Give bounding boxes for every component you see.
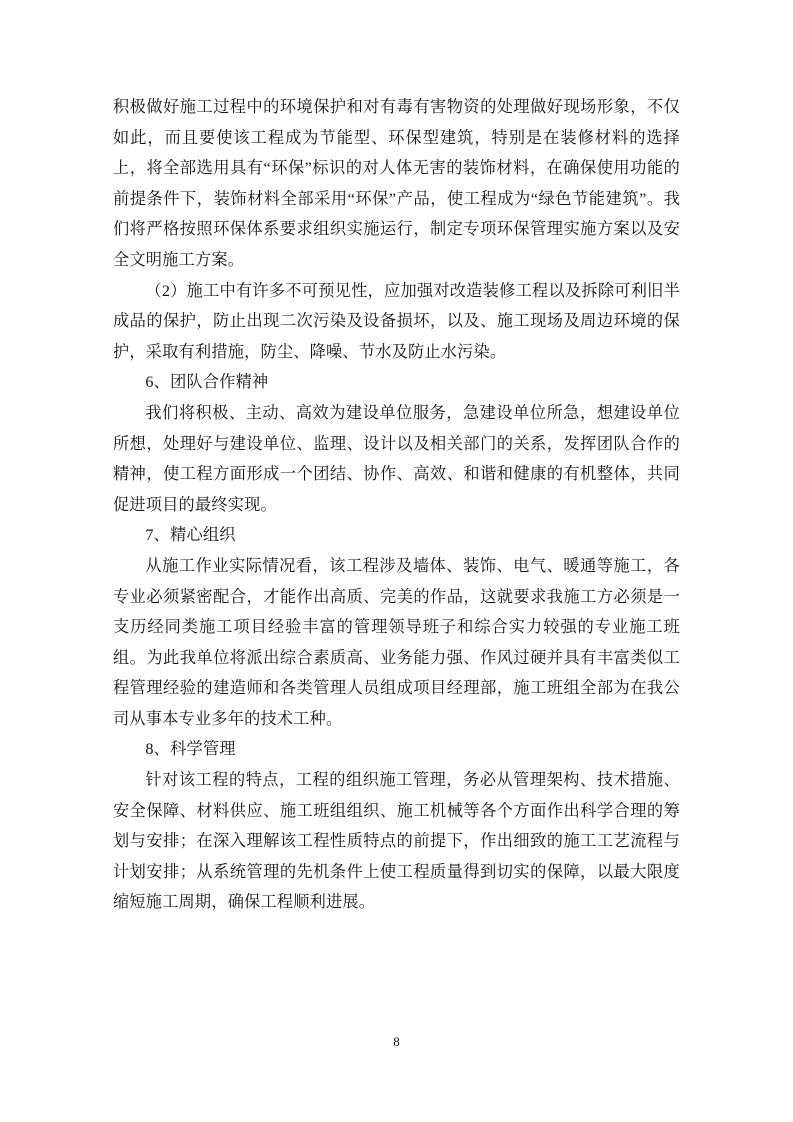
paragraph-teamwork-detail: 我们将积极、主动、高效为建设单位服务，急建设单位所急，想建设单位所想，处理好与建… [113, 398, 680, 520]
paragraph-management-detail: 针对该工程的特点，工程的组织施工管理，务必从管理架构、技术措施、安全保障、材料供… [113, 765, 680, 918]
page-footer: 8 [0, 1033, 793, 1051]
paragraph-environment-protection: 积极做好施工过程中的环境保护和对有毒有害物资的处理做好现场形象，不仅如此，而且要… [113, 92, 680, 276]
heading-careful-organization: 7、精心组织 [113, 520, 680, 551]
heading-teamwork-spirit: 6、团队合作精神 [113, 367, 680, 398]
document-body: 积极做好施工过程中的环境保护和对有毒有害物资的处理做好现场形象，不仅如此，而且要… [113, 92, 680, 918]
paragraph-unforeseen-construction: （2）施工中有许多不可预见性，应加强对改造装修工程以及拆除可利旧半成品的保护，防… [113, 276, 680, 368]
paragraph-organization-detail: 从施工作业实际情况看，该工程涉及墙体、装饰、电气、暖通等施工，各专业必须紧密配合… [113, 551, 680, 735]
heading-scientific-management: 8、科学管理 [113, 734, 680, 765]
document-page: 积极做好施工过程中的环境保护和对有毒有害物资的处理做好现场形象，不仅如此，而且要… [0, 0, 793, 1122]
page-number: 8 [393, 1034, 400, 1049]
